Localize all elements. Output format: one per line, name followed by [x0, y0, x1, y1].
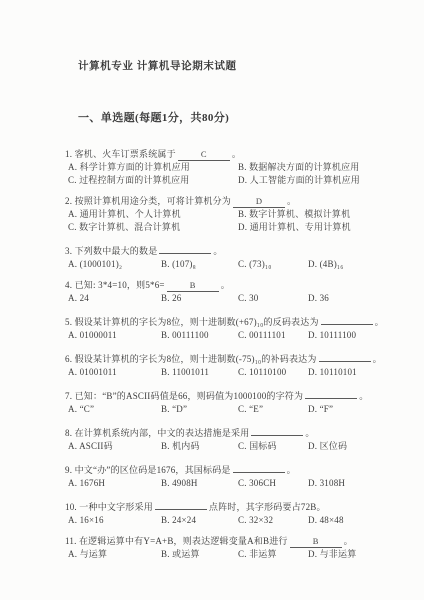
question-block: 4. 已知: 3*4=10，则5*6=B。A. 24B. 26C. 30D. 3… — [65, 279, 376, 305]
option-d: D. 区位码 — [308, 440, 347, 453]
question-number-and-text: 5. 假设某计算机的字长为8位，则十进制数(+67)₁₀的反码表达为 — [65, 317, 319, 327]
option-row: A. 通用计算机、个人计算机B. 数字计算机、模拟计算机 — [65, 208, 376, 221]
question-block: 2. 按照计算机用途分类，可将计算机分为D。A. 通用计算机、个人计算机B. 数… — [65, 195, 376, 234]
question-number-and-text: 10. 一种中文字形采用 — [65, 502, 153, 512]
option-c: C. (73)₁₀ — [238, 258, 272, 271]
question-text-after: 。 — [359, 391, 368, 401]
question-number-and-text: 4. 已知: 3*4=10，则5*6= — [65, 280, 165, 290]
option-b: B. 11001011 — [161, 366, 209, 379]
answer-blank — [251, 424, 303, 436]
question-text-after: 。 — [344, 536, 353, 546]
option-a: A. (1000101)₂ — [68, 258, 122, 271]
option-b: B. 26 — [161, 292, 182, 305]
question-number-and-text: 6. 假设某计算机的字长为8位，则十进制数(-75)₁₀的补码表达为 — [65, 354, 317, 364]
question-block: 1. 客机、火车订票系统属于C。A. 科学计算方面的计算机应用B. 数据解决方面… — [65, 148, 376, 187]
option-row: A. 01001011B. 11001011C. 10110100D. 1011… — [65, 366, 376, 379]
question-text-after: 。 — [375, 317, 384, 327]
option-b: B. 4908H — [161, 477, 198, 490]
question-number-and-text: 8. 在计算机系统内部，中文的表达措施是采用 — [65, 428, 249, 438]
question-text-after: 。 — [287, 196, 296, 206]
option-d: D. 10110101 — [308, 366, 357, 379]
question-number-and-text: 3. 下列数中最大的数是 — [65, 246, 157, 256]
option-c: C. 数字计算机、混合计算机 — [68, 221, 180, 234]
answer-blank: B — [167, 280, 219, 292]
question-block: 7. 已知：“B”的ASCII码值是66，则码值为1000100的字符为。A. … — [65, 387, 376, 416]
question-text: 9. 中文“办”的区位码是1676，其国标码是。 — [65, 461, 376, 477]
question-text: 2. 按照计算机用途分类，可将计算机分为D。 — [65, 195, 376, 208]
questions-list: 1. 客机、火车订票系统属于C。A. 科学计算方面的计算机应用B. 数据解决方面… — [65, 148, 376, 561]
question-text: 4. 已知: 3*4=10，则5*6=B。 — [65, 279, 376, 292]
option-row: C. 过程控制方面的计算机应用D. 人工智能方面的计算机应用 — [65, 174, 376, 187]
answer-letter: B — [190, 280, 196, 290]
question-text-after: 点阵时，其字形码要占72B。 — [209, 502, 326, 512]
option-row: C. 数字计算机、混合计算机D. 通用计算机、专用计算机 — [65, 221, 376, 234]
question-text-after: 。 — [287, 465, 296, 475]
option-d: D. 通用计算机、专用计算机 — [238, 221, 351, 234]
answer-blank — [305, 387, 357, 399]
option-row: A. 1676HB. 4908HC. 306CHD. 3108H — [65, 477, 376, 490]
option-row: A. 16×16B. 24×24C. 32×32D. 48×48 — [65, 514, 376, 527]
option-a: A. 01001011 — [68, 366, 117, 379]
question-number-and-text: 9. 中文“办”的区位码是1676，其国标码是 — [65, 465, 231, 475]
option-c: C. “E” — [238, 403, 263, 416]
option-a: A. 1676H — [68, 477, 105, 490]
question-text: 10. 一种中文字形采用点阵时，其字形码要占72B。 — [65, 498, 376, 514]
question-block: 11. 在逻辑运算中有Y=A+B，则表达逻辑变量A和B进行B。A. 与运算B. … — [65, 535, 376, 561]
question-number-and-text: 1. 客机、火车订票系统属于 — [65, 149, 176, 159]
question-text-after: 。 — [305, 428, 314, 438]
option-b: B. 24×24 — [161, 514, 196, 527]
option-a: A. 通用计算机、个人计算机 — [68, 208, 181, 221]
option-a: A. ASCII码 — [68, 440, 113, 453]
question-block: 10. 一种中文字形采用点阵时，其字形码要占72B。A. 16×16B. 24×… — [65, 498, 376, 527]
option-row: A. “C”B. “D”C. “E”D. “F” — [65, 403, 376, 416]
option-d: D. 10111100 — [308, 329, 356, 342]
option-c: C. 30 — [238, 292, 259, 305]
option-a: A. “C” — [68, 403, 94, 416]
option-d: D. 3108H — [308, 477, 345, 490]
answer-blank: D — [233, 196, 285, 208]
question-text-after: 。 — [373, 354, 382, 364]
question-block: 8. 在计算机系统内部，中文的表达措施是采用。A. ASCII码B. 机内码C.… — [65, 424, 376, 453]
question-text: 5. 假设某计算机的字长为8位，则十进制数(+67)₁₀的反码表达为。 — [65, 313, 376, 329]
option-d: D. 48×48 — [308, 514, 344, 527]
question-block: 3. 下列数中最大的数是。A. (1000101)₂B. (107)₈C. (7… — [65, 242, 376, 271]
option-c: C. 过程控制方面的计算机应用 — [68, 174, 190, 187]
question-block: 5. 假设某计算机的字长为8位，则十进制数(+67)₁₀的反码表达为。A. 01… — [65, 313, 376, 342]
question-number-and-text: 7. 已知：“B”的ASCII码值是66，则码值为1000100的字符为 — [65, 391, 303, 401]
answer-blank: B — [290, 536, 342, 548]
answer-letter: C — [201, 149, 207, 159]
option-a: A. 01000011 — [68, 329, 117, 342]
option-b: B. 00111100 — [161, 329, 209, 342]
question-text: 3. 下列数中最大的数是。 — [65, 242, 376, 258]
option-a: A. 科学计算方面的计算机应用 — [68, 161, 190, 174]
option-c: C. 306CH — [238, 477, 276, 490]
section-heading: 一、单选题(每题1分，共80分) — [78, 109, 376, 125]
option-d: D. 与非运算 — [308, 548, 356, 561]
option-b: B. 数字计算机、模拟计算机 — [238, 208, 350, 221]
option-c: C. 10110100 — [238, 366, 286, 379]
question-text: 11. 在逻辑运算中有Y=A+B，则表达逻辑变量A和B进行B。 — [65, 535, 376, 548]
exam-document-page: 计算机专业 计算机导论期末试题 一、单选题(每题1分，共80分) 1. 客机、火… — [0, 0, 424, 600]
option-d: D. 人工智能方面的计算机应用 — [238, 174, 360, 187]
option-row: A. 科学计算方面的计算机应用B. 数据解决方面的计算机应用 — [65, 161, 376, 174]
question-text: 1. 客机、火车订票系统属于C。 — [65, 148, 376, 161]
option-row: A. 与运算B. 或运算C. 非运算D. 与非运算 — [65, 548, 376, 561]
question-number-and-text: 2. 按照计算机用途分类，可将计算机分为 — [65, 196, 231, 206]
option-b: B. (107)₈ — [161, 258, 196, 271]
option-row: A. ASCII码B. 机内码C. 国标码D. 区位码 — [65, 440, 376, 453]
answer-blank — [159, 242, 211, 254]
option-a: A. 16×16 — [68, 514, 104, 527]
answer-blank — [319, 350, 371, 362]
answer-blank: C — [178, 149, 230, 161]
option-c: C. 00111101 — [238, 329, 286, 342]
option-d: D. 36 — [308, 292, 329, 305]
option-d: D. “F” — [308, 403, 333, 416]
answer-blank — [233, 461, 285, 473]
question-text-after: 。 — [232, 149, 241, 159]
option-c: C. 国标码 — [238, 440, 277, 453]
option-row: A. (1000101)₂B. (107)₈C. (73)₁₀D. (4B)₁₆ — [65, 258, 376, 271]
question-text: 7. 已知：“B”的ASCII码值是66，则码值为1000100的字符为。 — [65, 387, 376, 403]
question-text-after: 。 — [213, 246, 222, 256]
option-c: C. 32×32 — [238, 514, 273, 527]
option-a: A. 与运算 — [68, 548, 107, 561]
question-text: 8. 在计算机系统内部，中文的表达措施是采用。 — [65, 424, 376, 440]
option-c: C. 非运算 — [238, 548, 277, 561]
document-title: 计算机专业 计算机导论期末试题 — [78, 58, 376, 73]
option-b: B. “D” — [161, 403, 187, 416]
question-number-and-text: 11. 在逻辑运算中有Y=A+B，则表达逻辑变量A和B进行 — [65, 536, 288, 546]
option-d: D. (4B)₁₆ — [308, 258, 344, 271]
answer-blank — [155, 498, 207, 510]
option-b: B. 机内码 — [161, 440, 200, 453]
question-block: 6. 假设某计算机的字长为8位，则十进制数(-75)₁₀的补码表达为。A. 01… — [65, 350, 376, 379]
option-b: B. 数据解决方面的计算机应用 — [238, 161, 360, 174]
option-row: A. 01000011B. 00111100C. 00111101D. 1011… — [65, 329, 376, 342]
answer-blank — [321, 313, 373, 325]
answer-letter: D — [256, 196, 262, 206]
option-a: A. 24 — [68, 292, 89, 305]
option-row: A. 24B. 26C. 30D. 36 — [65, 292, 376, 305]
question-block: 9. 中文“办”的区位码是1676，其国标码是。A. 1676HB. 4908H… — [65, 461, 376, 490]
question-text: 6. 假设某计算机的字长为8位，则十进制数(-75)₁₀的补码表达为。 — [65, 350, 376, 366]
answer-letter: B — [313, 536, 319, 546]
option-b: B. 或运算 — [161, 548, 200, 561]
question-text-after: 。 — [221, 280, 230, 290]
